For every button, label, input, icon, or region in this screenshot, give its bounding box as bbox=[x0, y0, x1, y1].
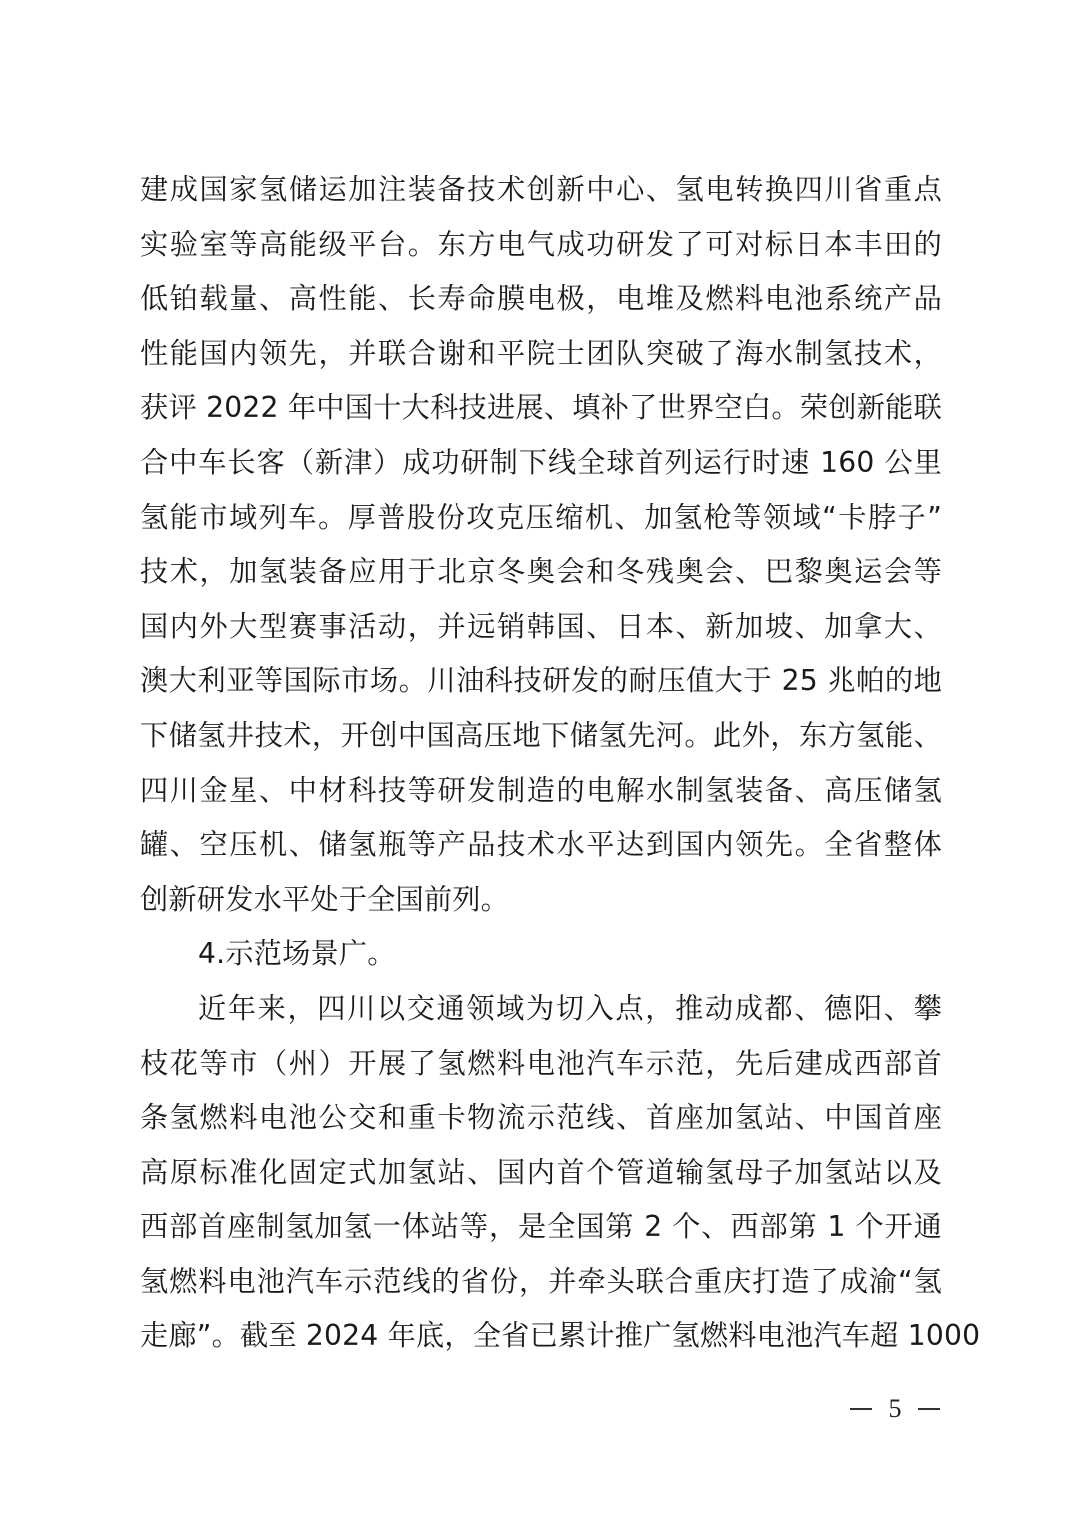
paragraph-line: 建成国家氢储运加注装备技术创新中心、氢电转换四川省重点 bbox=[140, 163, 942, 218]
dash-right bbox=[918, 1408, 940, 1410]
paragraph-line: 合中车长客（新津）成功研制下线全球首列运行时速 160 公里 bbox=[140, 436, 942, 491]
paragraph-line: 创新研发水平处于全国前列。 bbox=[140, 873, 942, 928]
section-heading: 4.示范场景广。 bbox=[140, 927, 942, 982]
paragraph-line: 实验室等高能级平台。东方电气成功研发了可对标日本丰田的 bbox=[140, 218, 942, 273]
page-number-value: 5 bbox=[889, 1394, 902, 1424]
body-text: 建成国家氢储运加注装备技术创新中心、氢电转换四川省重点 实验室等高能级平台。东方… bbox=[140, 163, 942, 1364]
page-number: 5 bbox=[850, 1392, 940, 1426]
paragraph-line: 国内外大型赛事活动，并远销韩国、日本、新加坡、加拿大、 bbox=[140, 600, 942, 655]
paragraph-line: 高原标准化固定式加氢站、国内首个管道输氢母子加氢站以及 bbox=[140, 1146, 942, 1201]
paragraph-line: 近年来，四川以交通领域为切入点，推动成都、德阳、攀 bbox=[140, 982, 942, 1037]
paragraph-line: 罐、空压机、储氢瓶等产品技术水平达到国内领先。全省整体 bbox=[140, 818, 942, 873]
paragraph-line: 低铂载量、高性能、长寿命膜电极，电堆及燃料电池系统产品 bbox=[140, 272, 942, 327]
paragraph-line: 枝花等市（州）开展了氢燃料电池汽车示范，先后建成西部首 bbox=[140, 1037, 942, 1092]
paragraph-line: 下储氢井技术，开创中国高压地下储氢先河。此外，东方氢能、 bbox=[140, 709, 942, 764]
paragraph-line: 获评 2022 年中国十大科技进展、填补了世界空白。荣创新能联 bbox=[140, 381, 942, 436]
paragraph-line: 技术，加氢装备应用于北京冬奥会和冬残奥会、巴黎奥运会等 bbox=[140, 545, 942, 600]
paragraph-line: 性能国内领先，并联合谢和平院士团队突破了海水制氢技术， bbox=[140, 327, 942, 382]
paragraph-line: 走廊”。截至 2024 年底，全省已累计推广氢燃料电池汽车超 1000 bbox=[140, 1309, 942, 1364]
document-page: 建成国家氢储运加注装备技术创新中心、氢电转换四川省重点 实验室等高能级平台。东方… bbox=[0, 0, 1080, 1534]
paragraph-line: 条氢燃料电池公交和重卡物流示范线、首座加氢站、中国首座 bbox=[140, 1091, 942, 1146]
dash-left bbox=[850, 1408, 872, 1410]
paragraph-line: 氢燃料电池汽车示范线的省份，并牵头联合重庆打造了成渝“氢 bbox=[140, 1255, 942, 1310]
paragraph-line: 四川金星、中材科技等研发制造的电解水制氢装备、高压储氢 bbox=[140, 764, 942, 819]
paragraph-line: 氢能市域列车。厚普股份攻克压缩机、加氢枪等领域“卡脖子” bbox=[140, 491, 942, 546]
paragraph-line: 澳大利亚等国际市场。川油科技研发的耐压值大于 25 兆帕的地 bbox=[140, 654, 942, 709]
paragraph-line: 西部首座制氢加氢一体站等，是全国第 2 个、西部第 1 个开通 bbox=[140, 1200, 942, 1255]
